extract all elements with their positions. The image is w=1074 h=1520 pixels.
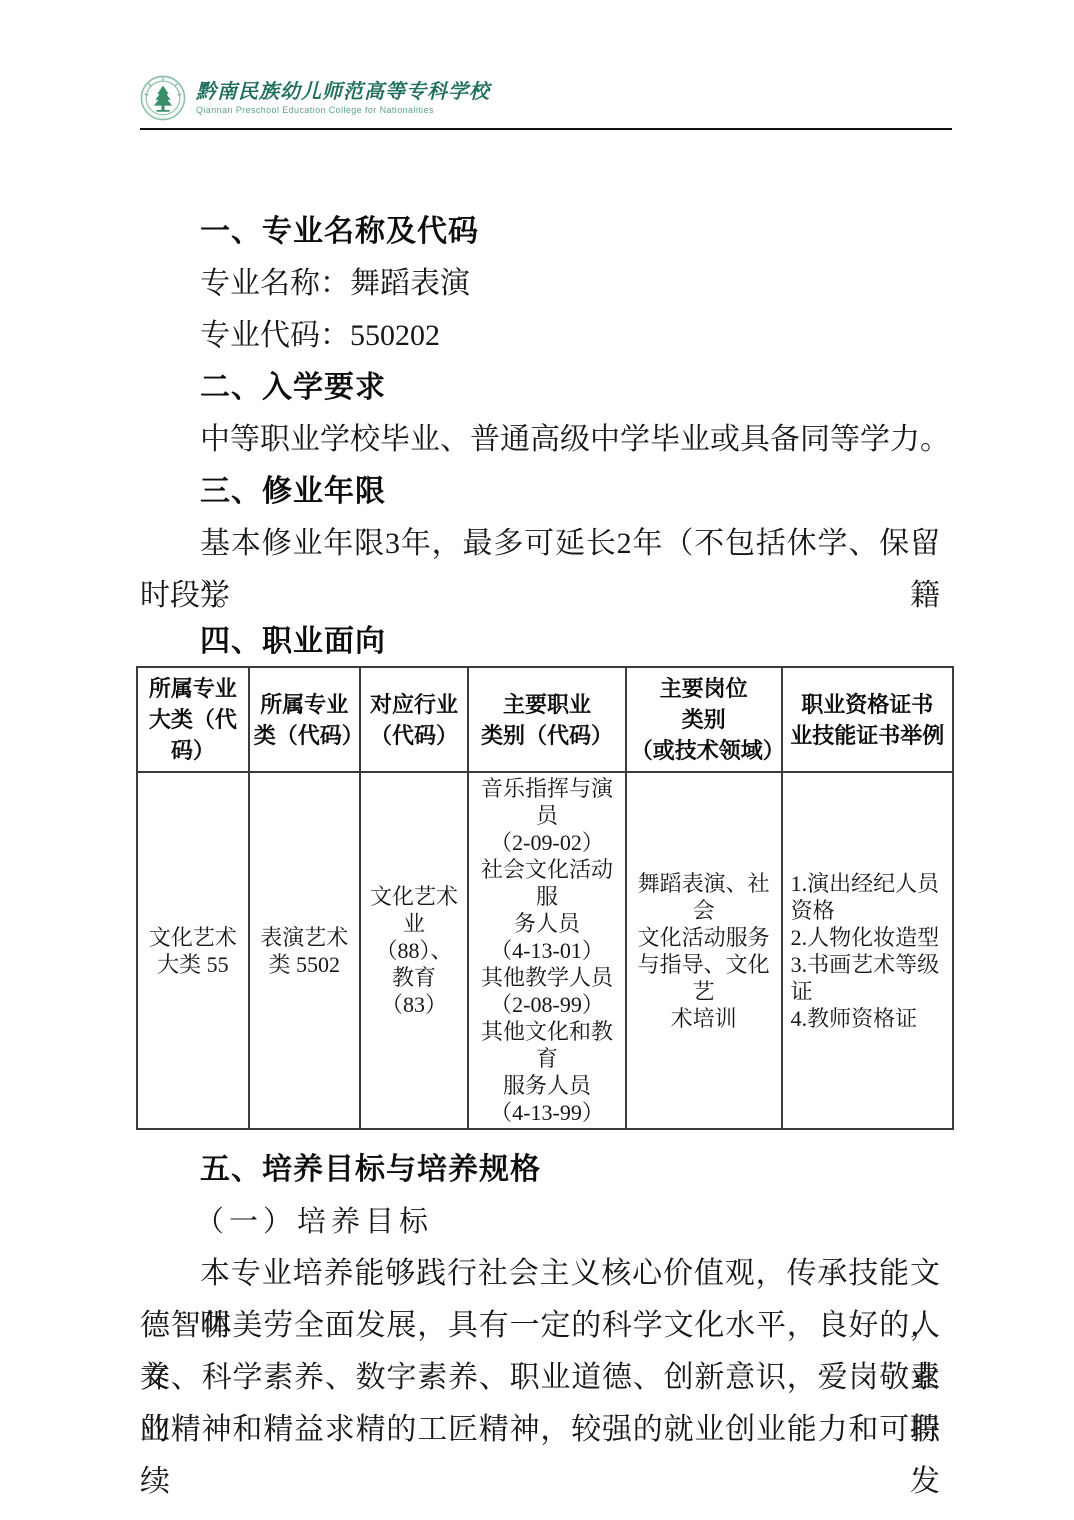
training-objective-line-1: 本专业培养能够践行社会主义核心价值观，传承技能文明， bbox=[140, 1248, 940, 1300]
col-header-certificates: 职业资格证书 业技能证书举例 bbox=[782, 667, 953, 772]
school-seal-icon bbox=[140, 75, 186, 121]
document-page: 黔南民族幼儿师范高等专科学校 Qiannan Preschool Educati… bbox=[0, 0, 1074, 1520]
document-body: 一、专业名称及代码 专业名称：舞蹈表演 专业代码：550202 二、入学要求 中… bbox=[140, 206, 954, 1456]
major-code-line: 专业代码：550202 bbox=[140, 310, 954, 362]
table-header-row: 所属专业 大类（代 码） 所属专业 类（代码） 对应行业 （代码） 主要职业 类… bbox=[137, 667, 953, 772]
table-row: 文化艺术 大类 55 表演艺术 类 5502 文化艺术 业（88）、 教育（83… bbox=[137, 772, 953, 1129]
col-header-major-category: 所属专业 大类（代 码） bbox=[137, 667, 249, 772]
cell-industry: 文化艺术 业（88）、 教育（83） bbox=[360, 772, 469, 1129]
col-header-industry: 对应行业 （代码） bbox=[360, 667, 469, 772]
col-header-post-class: 主要岗位 类别 （或技术领域） bbox=[626, 667, 782, 772]
cell-certificates: 1.演出经纪人员 资格 2.人物化妆造型 3.书画艺术等级 证 4.教师资格证 bbox=[782, 772, 953, 1129]
admission-requirement-line: 中等职业学校毕业、普通高级中学毕业或具备同等学力。 bbox=[140, 414, 954, 466]
section-3-heading: 三、修业年限 bbox=[140, 466, 954, 518]
occupation-orientation-table: 所属专业 大类（代 码） 所属专业 类（代码） 对应行业 （代码） 主要职业 类… bbox=[136, 666, 954, 1130]
col-header-occupation-class: 主要职业 类别（代码） bbox=[468, 667, 625, 772]
school-name-en: Qiannan Preschool Education College for … bbox=[196, 104, 490, 116]
section-1-heading: 一、专业名称及代码 bbox=[140, 206, 954, 258]
cell-major-category: 文化艺术 大类 55 bbox=[137, 772, 249, 1129]
cell-major-class: 表演艺术 类 5502 bbox=[249, 772, 360, 1129]
training-objective-line-2: 德智体美劳全面发展，具有一定的科学文化水平，良好的人文素 bbox=[140, 1300, 940, 1352]
school-logo-row: 黔南民族幼儿师范高等专科学校 Qiannan Preschool Educati… bbox=[140, 74, 954, 122]
major-name-line: 专业名称：舞蹈表演 bbox=[140, 258, 954, 310]
school-name-cn: 黔南民族幼儿师范高等专科学校 bbox=[196, 80, 490, 104]
document-header: 黔南民族幼儿师范高等专科学校 Qiannan Preschool Educati… bbox=[0, 0, 1074, 130]
school-names: 黔南民族幼儿师范高等专科学校 Qiannan Preschool Educati… bbox=[196, 80, 490, 116]
training-objective-line-4: 业精神和精益求精的工匠精神，较强的就业创业能力和可持续发 bbox=[140, 1404, 940, 1456]
section-4-heading: 四、职业面向 bbox=[140, 622, 954, 666]
study-duration-line-1: 基本修业年限3年，最多可延长2年（不包括休学、保留学籍 bbox=[140, 518, 940, 570]
col-header-major-class: 所属专业 类（代码） bbox=[249, 667, 360, 772]
section-5-heading: 五、培养目标与培养规格 bbox=[140, 1144, 954, 1196]
training-objective-line-3: 养、科学素养、数字素养、职业道德、创新意识，爱岗敬业的职 bbox=[140, 1352, 940, 1404]
cell-post-class: 舞蹈表演、社会 文化活动服务 与指导、文化艺 术培训 bbox=[626, 772, 782, 1129]
section-2-heading: 二、入学要求 bbox=[140, 362, 954, 414]
table-body: 文化艺术 大类 55 表演艺术 类 5502 文化艺术 业（88）、 教育（83… bbox=[137, 772, 953, 1129]
cell-occupation-class: 音乐指挥与演员 （2-09-02） 社会文化活动服 务人员 （4-13-01） … bbox=[468, 772, 625, 1129]
header-divider-rule bbox=[140, 128, 952, 130]
section-5-subheading: （一）培养目标 bbox=[140, 1196, 954, 1248]
